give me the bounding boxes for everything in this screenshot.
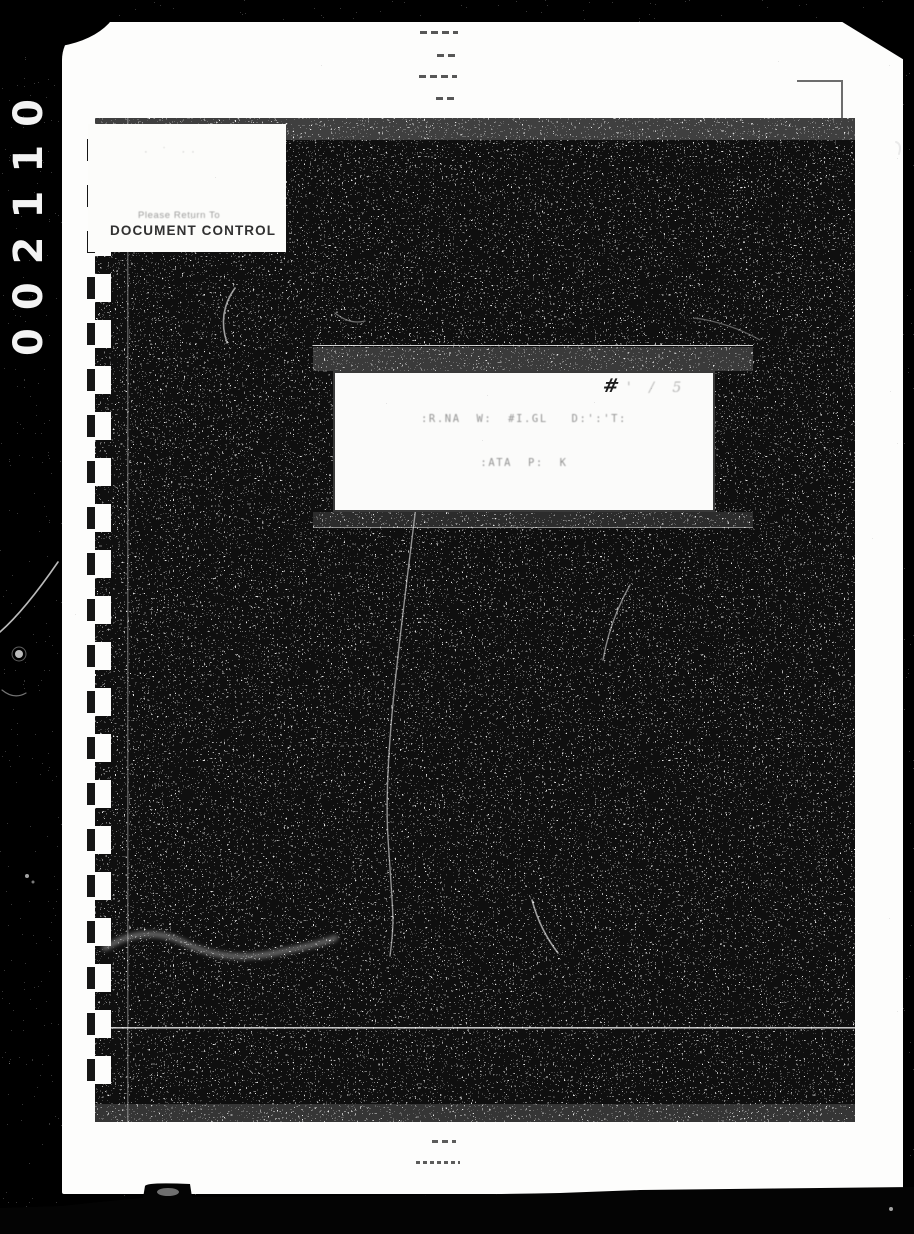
binding-hole: [84, 964, 111, 992]
binding-hole: [84, 780, 111, 808]
binding-hole-bar: [87, 277, 95, 299]
binding-hole-bar: [87, 507, 95, 529]
binding-hole: [84, 320, 111, 348]
binding-hole-bar: [87, 1013, 95, 1035]
binding-hole: [84, 688, 111, 716]
binding-hole-bar: [87, 599, 95, 621]
document-control-stamp: · ˙ ·· Please Return To DOCUMENT CONTROL: [88, 124, 286, 252]
binding-hole-bar: [87, 461, 95, 483]
label-frame-band: [313, 512, 753, 528]
binding-hole: [84, 642, 111, 670]
label-frame-line: [313, 527, 753, 528]
binding-hole: [84, 734, 111, 762]
binding-hole-bar: [87, 553, 95, 575]
hash-mark: #: [601, 375, 621, 397]
label-subtitle-line: :ATA P: K: [335, 457, 713, 469]
binding-hole-bar: [87, 875, 95, 897]
binding-hole-bar: [87, 737, 95, 759]
binding-hole: [84, 918, 111, 946]
label-frame-band: [313, 347, 753, 371]
binding-hole-bar: [87, 369, 95, 391]
side-page-number: 002110: [6, 52, 52, 356]
binding-hole: [84, 366, 111, 394]
binding-hole-bar: [87, 1059, 95, 1081]
fold-line: [127, 118, 129, 1122]
stamp-return-line: Please Return To: [138, 210, 220, 221]
registration-mark: [437, 54, 457, 57]
scan-canvas: · ˙ ·· Please Return To DOCUMENT CONTROL…: [0, 0, 914, 1234]
binding-hole: [84, 1056, 111, 1084]
faint-handwritten-digits: ' / 5: [627, 380, 688, 396]
binding-hole-bar: [87, 323, 95, 345]
binding-hole-bar: [87, 829, 95, 851]
label-frame-line: [313, 345, 753, 346]
handwritten-number: #' / 5: [603, 375, 688, 397]
title-label: #' / 5 :R.NA W: #I.GL D:':'T: :ATA P: K: [333, 371, 715, 512]
cover-bottom-band: [95, 1104, 855, 1122]
registration-mark: [420, 31, 458, 34]
bottom-dash-mark: [416, 1161, 460, 1164]
binding-hole-bar: [87, 691, 95, 713]
stamp-faint-smudges: · ˙ ··: [144, 146, 274, 158]
binding-hole: [84, 550, 111, 578]
bottom-dash-mark: [432, 1140, 456, 1143]
binding-hole: [84, 458, 111, 486]
binding-hole: [84, 412, 111, 440]
binding-hole-bar: [87, 783, 95, 805]
binding-hole-bar: [87, 921, 95, 943]
binding-hole: [84, 504, 111, 532]
stamp-title: DOCUMENT CONTROL: [110, 223, 276, 238]
binding-hole: [84, 274, 111, 302]
label-title-line: :R.NA W: #I.GL D:':'T:: [335, 413, 713, 425]
binding-hole: [84, 1010, 111, 1038]
registration-mark: [419, 75, 457, 78]
corner-crop-mark: [797, 80, 843, 120]
registration-mark: [436, 97, 457, 100]
binding-hole-bar: [87, 415, 95, 437]
binding-hole: [84, 826, 111, 854]
binding-hole-bar: [87, 967, 95, 989]
binding-hole: [84, 596, 111, 624]
binding-hole: [84, 872, 111, 900]
document-cover: [95, 118, 855, 1122]
scratch-line-horizontal: [95, 1027, 855, 1029]
binding-hole-bar: [87, 645, 95, 667]
